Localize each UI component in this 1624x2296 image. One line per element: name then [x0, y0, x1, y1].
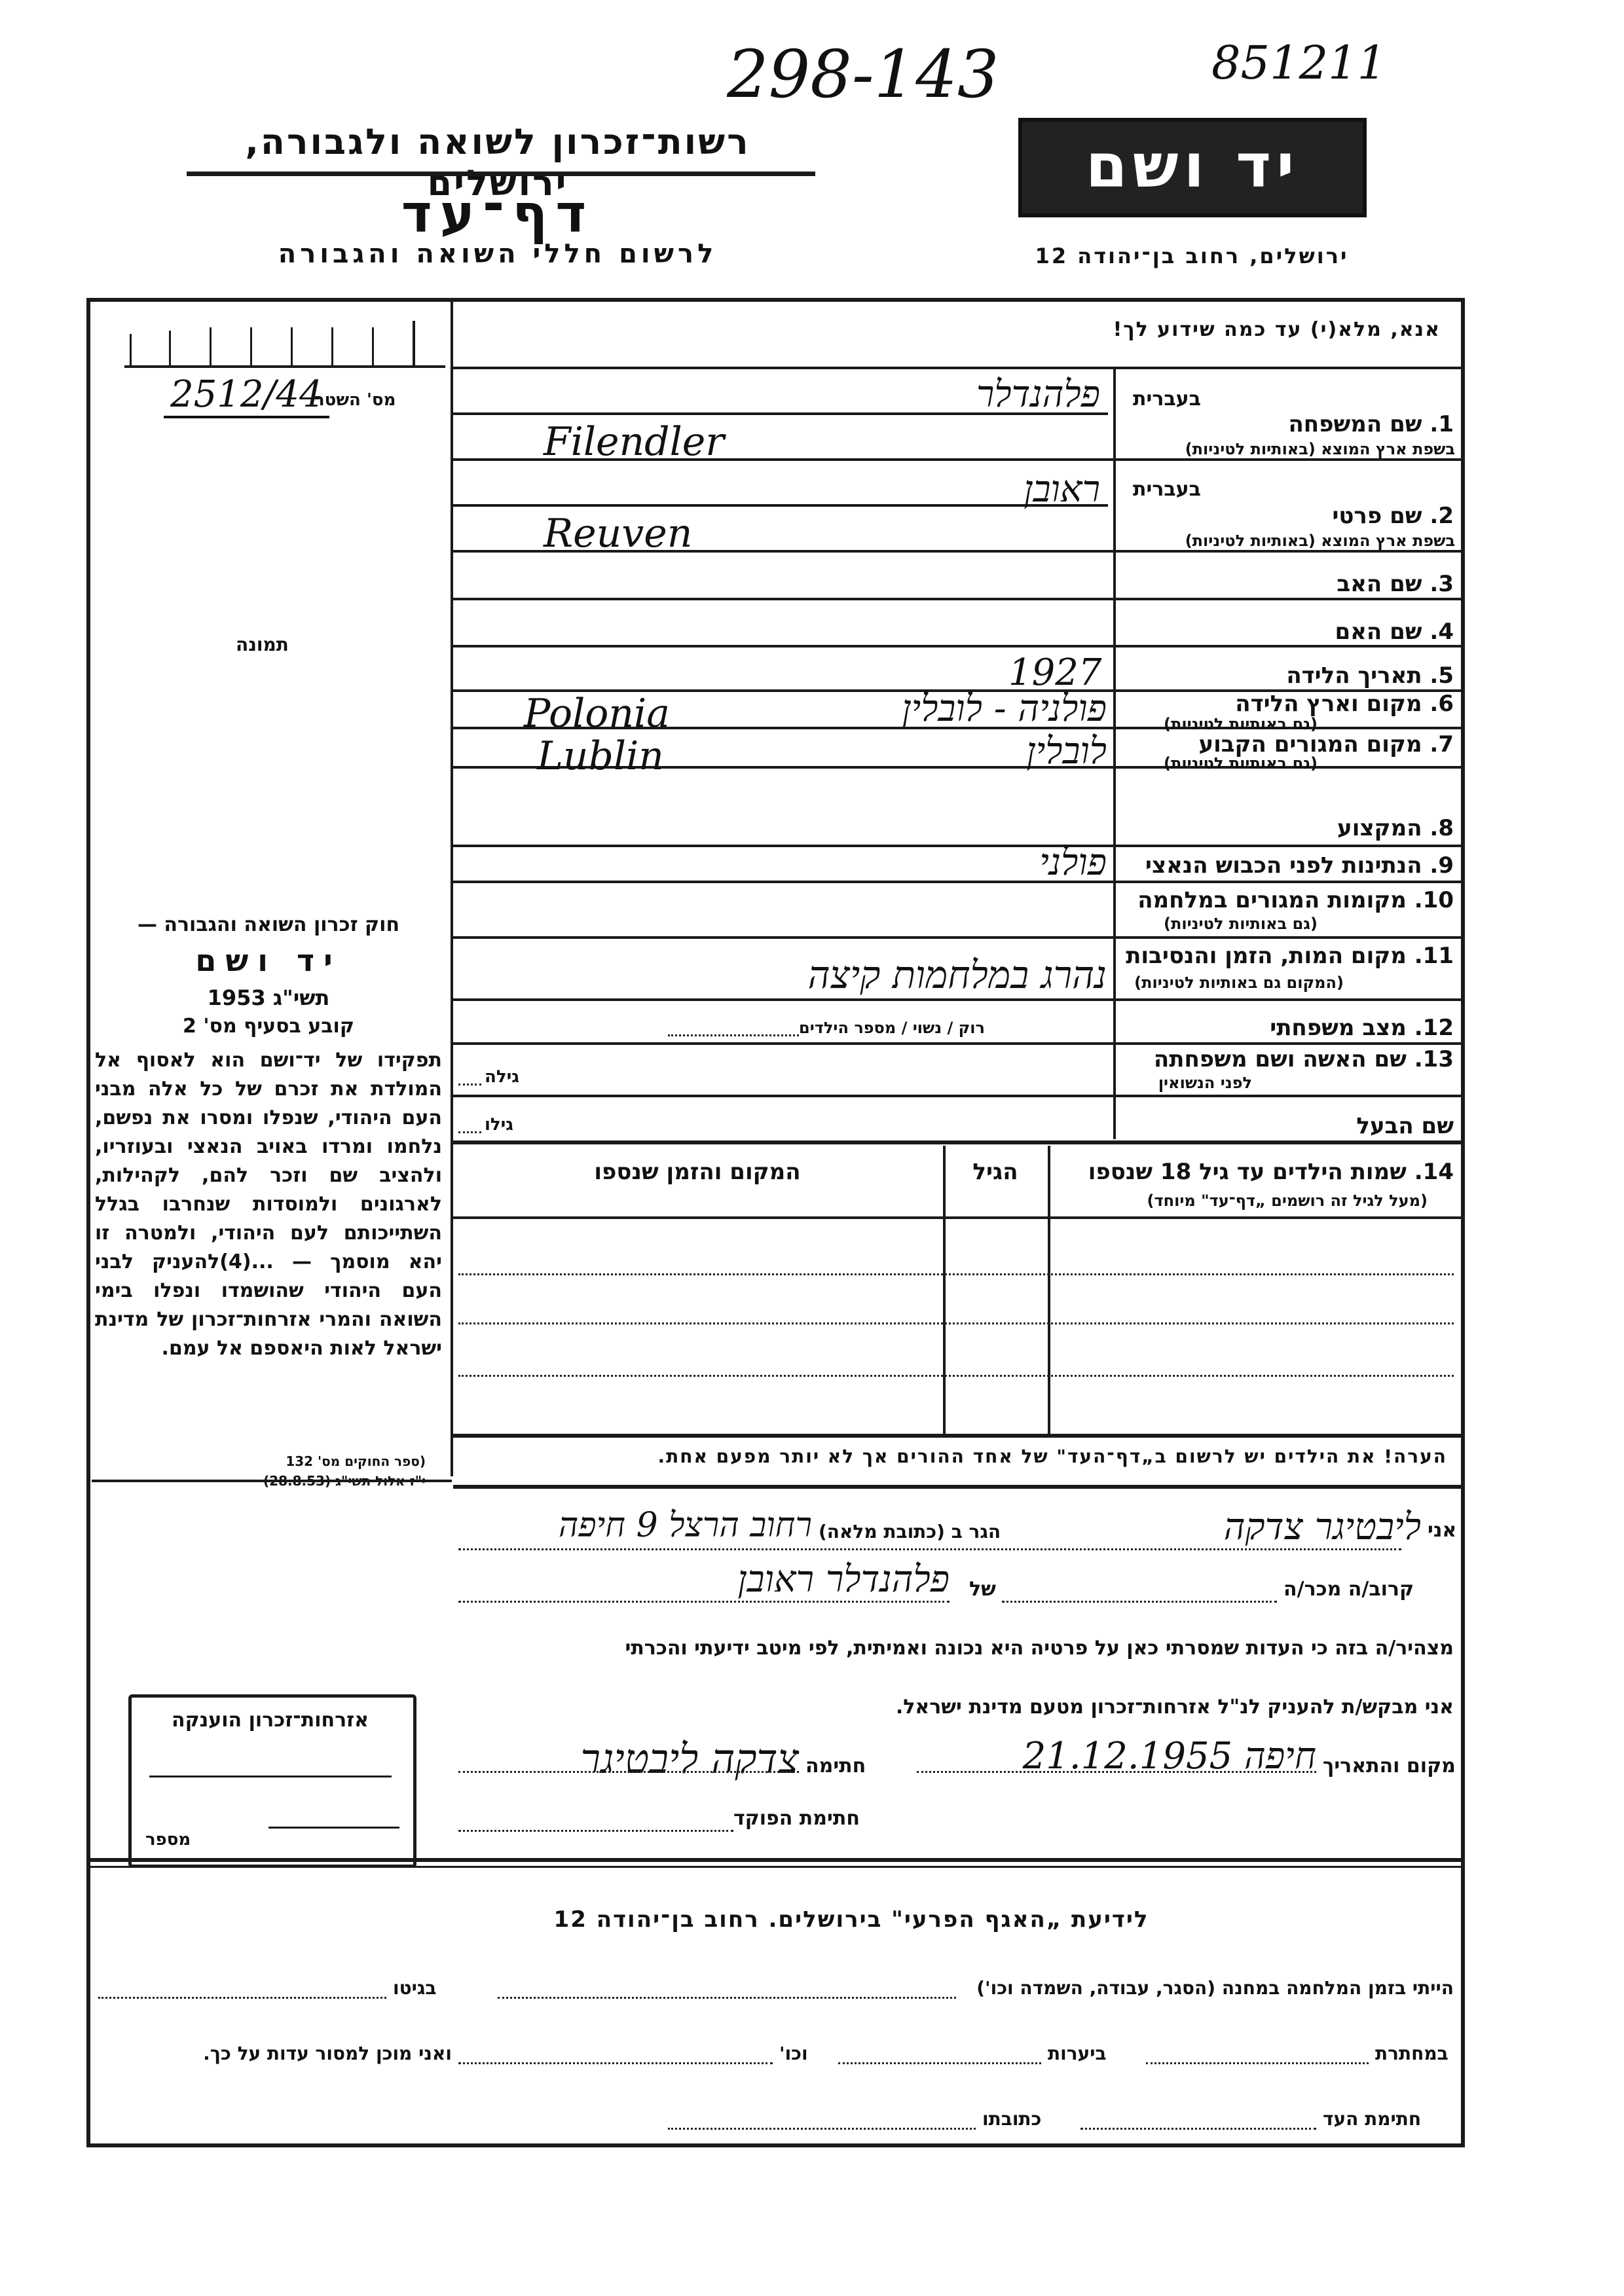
field-10-label: 10. מקומות המגורים במלחמה: [1126, 887, 1454, 913]
husband-age-label: גילו: [485, 1115, 513, 1135]
declarant-address[interactable]: רחוב הרצל 9 חיפה: [471, 1506, 812, 1545]
field-13-age-label: גילה: [485, 1067, 519, 1087]
field-10-label-text: מקומות המגורים במלחמה: [1137, 887, 1407, 913]
field-4-label-text: שם האם: [1335, 619, 1422, 645]
footer-line2-b: ביערות: [1048, 2043, 1107, 2064]
footer-line2-d: ואני מוכן למסור עדות על כך.: [98, 2043, 452, 2064]
field-7-number: 7.: [1430, 731, 1454, 757]
field-3-number: 3.: [1430, 571, 1454, 597]
field-6-value-latin[interactable]: Polonia: [524, 691, 670, 737]
declarant-label: אני: [1428, 1519, 1456, 1542]
field-1-label: 1. שם המשפחה: [1225, 411, 1454, 437]
field-3-label: 3. שם האב: [1244, 571, 1454, 597]
label-column-divider: [1113, 367, 1116, 1139]
declaration-statement: מצהיר/ה בזה כי העדות שמסרתי כאן על פרטיה…: [458, 1637, 1454, 1660]
children-col-divider-2: [943, 1146, 946, 1434]
field-8-value[interactable]: [458, 773, 1107, 838]
children-names-label: שמות הילדים עד גיל 18 שנספו: [1088, 1159, 1407, 1185]
footer-line3-b: כתובתו: [982, 2108, 1041, 2130]
field-3-value[interactable]: [458, 556, 1107, 596]
address-line: ירושלים, רחוב בן־יהודה 12: [1008, 244, 1375, 268]
instructions-divider: [453, 367, 1462, 369]
footer-witness-signature-line[interactable]: [1080, 2128, 1316, 2130]
field-2-label: 2. שם פרטי: [1225, 503, 1454, 529]
field-12-options: רוק / נשוי / מספר הילדים: [799, 1019, 985, 1037]
field-6-sub: (גם באותיות לטיניות): [1121, 715, 1318, 733]
field-2-label-text: שם פרטי: [1332, 503, 1422, 529]
footer-divider-2: [89, 1866, 1464, 1868]
row-line: [453, 598, 1462, 600]
field-9-number: 9.: [1430, 852, 1454, 879]
footer-ghetto-line[interactable]: [98, 1997, 386, 1999]
row-line: [453, 1095, 1462, 1097]
children-row-2[interactable]: [458, 1322, 1454, 1324]
official-signature-label: חתימת הפוקד: [733, 1807, 860, 1830]
footer-divider: [89, 1858, 1464, 1862]
field-10-sub: (גם באותיות לטיניות): [1121, 915, 1318, 933]
children-header-line: [453, 1216, 1462, 1219]
field-9-label: 9. הנתינות לפני הכבוש הנאצי: [1120, 852, 1454, 879]
field-9-value[interactable]: פולני: [950, 841, 1107, 884]
field-13-sub: לפני הנשואין: [1121, 1074, 1252, 1092]
row-line: [453, 1042, 1462, 1045]
field-6-value-hebrew[interactable]: פולניה - לובלין: [805, 687, 1107, 730]
footer-line1-b: בגיטו: [393, 1977, 436, 1999]
footer-etc-line[interactable]: [458, 2062, 773, 2064]
field-2-value-latin[interactable]: Reuven: [544, 511, 692, 556]
field-13-number: 13.: [1414, 1046, 1454, 1072]
field-11-label: 11. מקום המות, הזמן והנסיבות: [1120, 943, 1454, 969]
field-13-age-dots[interactable]: [458, 1084, 481, 1085]
stamp-number-label: מספר: [145, 1830, 191, 1850]
of-line: [458, 1601, 950, 1603]
field-4-label: 4. שם האם: [1244, 619, 1454, 645]
field-4-value[interactable]: [458, 602, 1107, 642]
serial-value[interactable]: 2512/44: [164, 373, 329, 418]
children-col-divider-1: [1048, 1146, 1050, 1434]
field-11-label-text: מקום המות, הזמן והנסיבות: [1126, 943, 1407, 969]
law-year: תשי"ג 1953: [98, 985, 439, 1010]
tick: [130, 334, 132, 367]
footer-title: לידיעת „האגף הפרעי" בירושלים. רחוב בן־יה…: [458, 1906, 1244, 1933]
address-hint: (כתובת מלאה): [819, 1521, 945, 1542]
stamp-title: אזרחות־זכרון הוענקה: [138, 1709, 403, 1732]
signature-line: [458, 1771, 799, 1773]
field-2-value-hebrew[interactable]: ראובן: [851, 468, 1100, 511]
tick: [331, 327, 333, 367]
resides-label-text: הגר ב: [951, 1521, 1001, 1542]
field-9-label-text: הנתינות לפני הכבוש הנאצי: [1145, 852, 1422, 879]
field-6-label-text: מקום וארץ הלידה: [1235, 691, 1422, 717]
field-11-number: 11.: [1414, 943, 1454, 969]
field-5-number: 5.: [1430, 663, 1454, 689]
field-6-number: 6.: [1430, 691, 1454, 717]
children-header-age: הגיל: [950, 1159, 1041, 1185]
left-column-divider: [451, 298, 453, 1476]
children-bottom-line: [453, 1434, 1462, 1438]
children-number: 14.: [1414, 1159, 1454, 1185]
place-date-label: מקום והתאריך: [1323, 1755, 1456, 1777]
children-header-place: המקום והזמן שנספו: [458, 1159, 936, 1185]
field-1-number: 1.: [1430, 411, 1454, 437]
field-6-label: 6. מקום וארץ הלידה: [1153, 691, 1454, 717]
field-1-label-text: שם המשפחה: [1288, 411, 1422, 437]
law-yad-vashem: יד ושם: [98, 943, 439, 978]
left-bottom-line: [92, 1480, 452, 1482]
signature-value[interactable]: צדקה ליבטיגר: [432, 1735, 799, 1783]
relation-line[interactable]: [1002, 1601, 1277, 1603]
row-line: [453, 645, 1462, 647]
of-label: של: [969, 1578, 996, 1601]
footer-line2-a: במחתרת: [1375, 2043, 1449, 2064]
place-date-line: [917, 1771, 1316, 1773]
field-7-label-text: מקום המגורים הקבוע: [1198, 731, 1422, 757]
official-signature-line[interactable]: [458, 1830, 733, 1832]
field-1-value-hebrew[interactable]: פלהנדלר: [786, 373, 1100, 416]
photo-label: תמונה: [236, 634, 289, 655]
declarant-line: [458, 1548, 1401, 1550]
field-1-hebrew-tag: בעברית: [1133, 388, 1201, 410]
field-13-label-text: שם האשה ושם משפחתה: [1154, 1046, 1407, 1072]
field-7-label: 7. מקום המגורים הקבוע: [1133, 731, 1454, 757]
field-1-value-latin[interactable]: Filendler: [544, 419, 724, 465]
field-11-value[interactable]: נהרג במלחמות קיצה: [589, 953, 1107, 997]
children-header-names: 14. שמות הילדים עד גיל 18 שנספו: [1054, 1159, 1454, 1185]
field-2-hebrew-tag: בעברית: [1133, 478, 1201, 501]
form-title: דף־עד: [177, 183, 819, 244]
field-7-value-hebrew[interactable]: לובלין: [917, 730, 1107, 773]
tick: [210, 327, 212, 367]
children-row-3[interactable]: [458, 1375, 1454, 1377]
field-5-label-text: תאריך הלידה: [1286, 663, 1422, 689]
field-5-label: 5. תאריך הלידה: [1179, 663, 1454, 689]
footer-line1-a: הייתי בזמן המלחמה במחנה (הסגר, עבודה, הש…: [963, 1977, 1454, 1999]
yad-vashem-logo: יד ושם: [1018, 118, 1367, 217]
field-13-label: 13. שם האשה ושם משפחתה: [1120, 1046, 1454, 1072]
signature-label: חתימה: [805, 1755, 866, 1777]
footer-camp-line[interactable]: [498, 1997, 956, 1999]
tick: [413, 321, 415, 367]
field-12-dots: [668, 1034, 799, 1036]
footer-address-line[interactable]: [668, 2128, 976, 2130]
law-section: קובע בסעיף מס' 2: [98, 1015, 439, 1038]
field-4-number: 4.: [1430, 619, 1454, 645]
field-8-number: 8.: [1430, 815, 1454, 841]
row-line: [453, 936, 1462, 939]
field-2-number: 2.: [1430, 503, 1454, 529]
footer-line3-a: חתימת העד: [1323, 2108, 1421, 2130]
row-line: [453, 1140, 1462, 1144]
field-12-label: 12. מצב משפחתי: [1211, 1015, 1454, 1041]
declarant-name[interactable]: ליבטיגר צדקה: [1041, 1506, 1421, 1548]
children-row-1[interactable]: [458, 1273, 1454, 1275]
footer-underground-line[interactable]: [1146, 2062, 1369, 2064]
victim-name[interactable]: פלהנדלר ראובן: [498, 1558, 950, 1601]
children-header-sub: (מעל לגיל זה רושמים „דף־עד" מיוחד): [1061, 1192, 1428, 1210]
header-divider: [187, 172, 815, 176]
tick: [291, 327, 293, 367]
field-8-label-text: המקצוע: [1337, 815, 1422, 841]
footer-line2-c: וכו': [779, 2043, 808, 2064]
field-2-sub: בשפת ארץ המוצא (באותיות לטיניות): [1121, 532, 1455, 550]
handwritten-ref-left: 298-143: [727, 36, 999, 113]
tick: [169, 331, 171, 367]
footer-forests-line[interactable]: [838, 2062, 1041, 2064]
note-line: [453, 1485, 1462, 1489]
grid-strip-base: [124, 365, 445, 368]
field-11-sub: (המקום גם באותיות לטיניות): [1121, 974, 1344, 992]
stamp-line: [149, 1776, 392, 1777]
relation-label: קרוב/ה מכר/ה: [1283, 1578, 1414, 1601]
field-3-label-text: שם האב: [1337, 571, 1422, 597]
law-footnote-1: (ספר החוקים מס' 132: [98, 1453, 426, 1469]
stamp-line-2: [268, 1827, 399, 1829]
declaration-request: אני מבקש/ת להעניק לנ"ל אזרחות־זכרון מטעם…: [753, 1696, 1454, 1719]
note-text: הערה! את הילדים יש לרשום ב„דף־העד" של אח…: [458, 1446, 1447, 1467]
law-title: חוק זכרון השואה והגבורה —: [98, 913, 439, 936]
tick: [372, 327, 374, 367]
field-7-sub: (גם באותיות לטיניות): [1121, 754, 1318, 773]
instructions: אנא, מלא(י) עד כמה שידוע לך!: [1087, 318, 1441, 341]
resides-label: הגר ב (כתובת מלאה): [819, 1521, 1001, 1542]
form-subtitle: לרשום חללי השואה והגבורה: [177, 239, 819, 269]
tick: [250, 327, 252, 367]
field-12-label-text: מצב משפחתי: [1270, 1015, 1407, 1041]
row-line: [453, 998, 1462, 1001]
law-body: תפקידו של יד־ושם הוא לאסוף אל המולדת את …: [95, 1046, 442, 1363]
handwritten-ref-right: 851211: [1211, 36, 1386, 90]
husband-label: שם הבעל: [1329, 1113, 1454, 1139]
field-12-number: 12.: [1414, 1015, 1454, 1041]
field-1-sub: בשפת ארץ המוצא (באותיות לטיניות): [1121, 440, 1455, 458]
husband-age-dots[interactable]: [458, 1131, 481, 1133]
field-10-number: 10.: [1414, 887, 1454, 913]
field-8-label: 8. המקצוע: [1244, 815, 1454, 841]
